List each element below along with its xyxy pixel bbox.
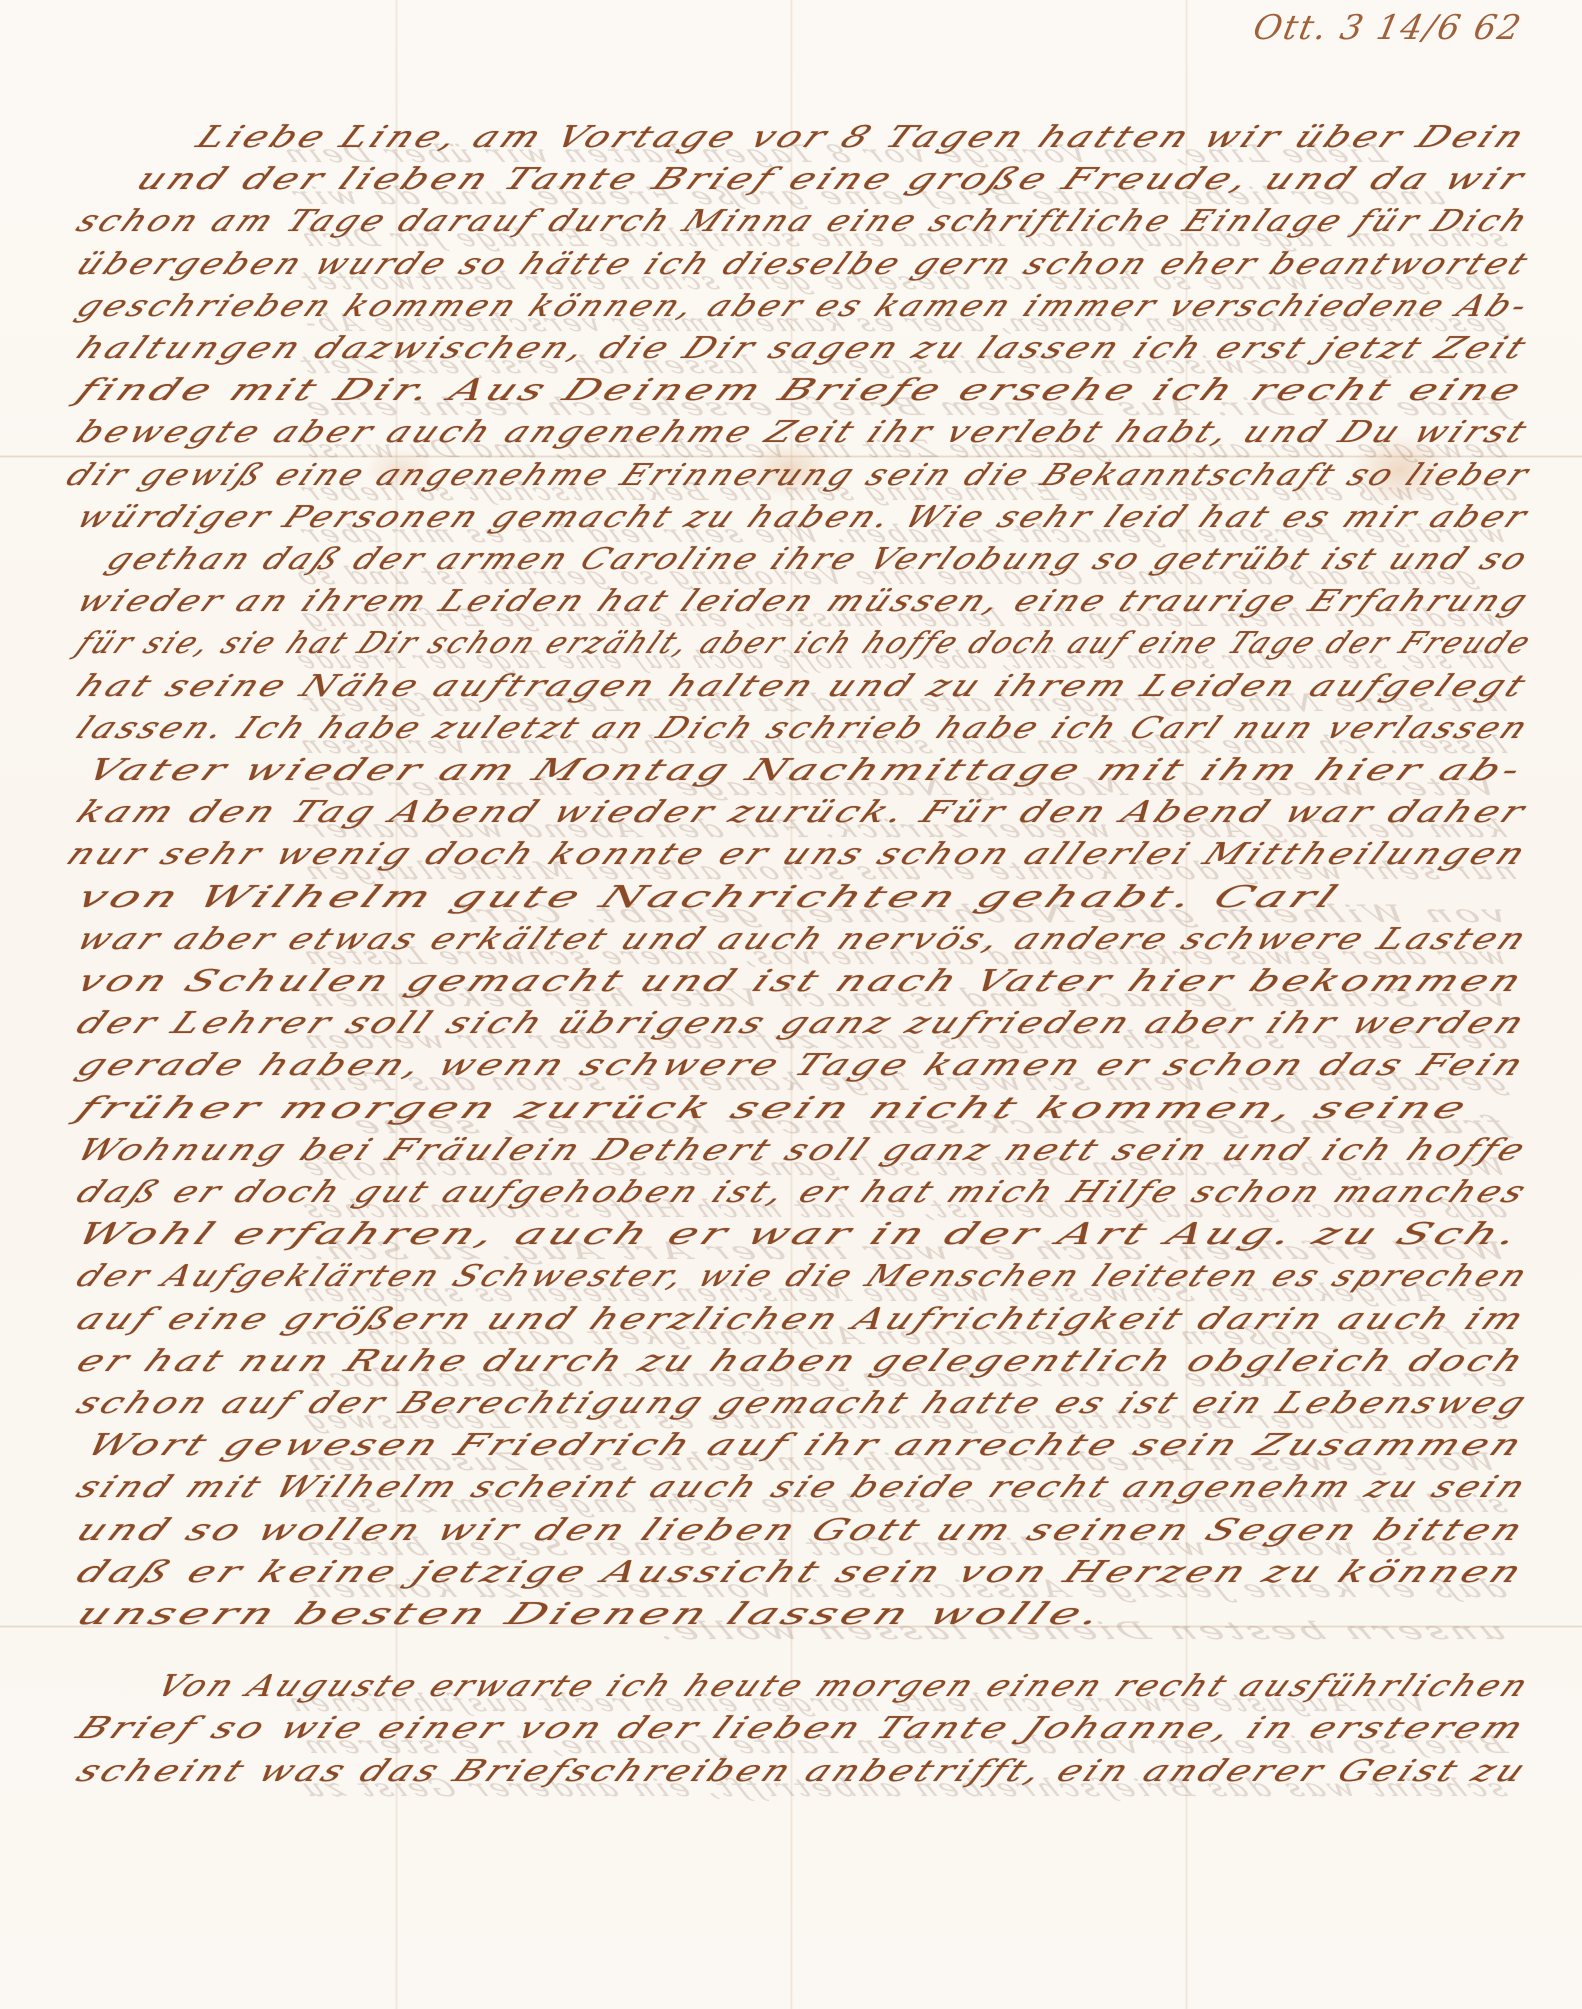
handwritten-line: von Schulen gemacht und ist nach Vater h…	[70, 964, 1532, 999]
handwritten-line: scheint was das Briefschreiben anbetriff…	[70, 1754, 1535, 1789]
handwritten-line: übergeben wurde so hätte ich dieselbe ge…	[70, 247, 1537, 282]
handwritten-line: haltungen dazwischen, die Dir sagen zu l…	[70, 331, 1536, 366]
handwritten-line: Wort gewesen Friedrich auf ihr anrechte …	[80, 1428, 1532, 1463]
handwritten-line: hat seine Nähe auftragen halten und zu i…	[70, 669, 1535, 704]
handwritten-line: Wohnung bei Fräulein Dethert soll ganz n…	[70, 1133, 1535, 1168]
handwritten-line: der Aufgeklärten Schwester, wie die Mens…	[70, 1259, 1537, 1294]
handwritten-line: unsern besten Dienen lassen wolle.	[70, 1597, 1113, 1632]
date-annotation: Ott. 3 14/6 62	[1250, 8, 1526, 48]
handwritten-line: kam den Tag Abend wieder zurück. Für den…	[70, 795, 1535, 830]
handwritten-line: früher morgen zurück sein nicht kommen, …	[70, 1091, 1477, 1126]
handwritten-line: schon auf der Berechtigung gemacht hatte…	[70, 1386, 1536, 1421]
handwritten-line: finde mit Dir. Aus Deinem Briefe ersehe …	[70, 373, 1532, 408]
handwritten-line: von Wilhelm gute Nachrichten gehabt. Car…	[70, 880, 1348, 915]
handwritten-line: sind mit Wilhelm scheint auch sie beide …	[70, 1470, 1535, 1505]
letter-page: Liebe Line, am Vortage vor 8 Tagen hatte…	[0, 0, 1582, 2009]
handwritten-line: geschrieben kommen können, aber es kamen…	[70, 289, 1538, 324]
handwritten-line: schon am Tage darauf durch Minna eine sc…	[70, 204, 1538, 239]
handwritten-line: nur sehr wenig doch konnte er uns schon …	[60, 837, 1535, 872]
handwritten-line: der Lehrer soll sich übrigens ganz zufri…	[70, 1006, 1535, 1041]
handwritten-line: für sie, sie hat Dir schon erzählt, aber…	[70, 626, 1540, 661]
handwritten-line: Liebe Line, am Vortage vor 8 Tagen hatte…	[190, 120, 1534, 155]
handwritten-line: war aber etwas erkältet und auch nervös,…	[70, 922, 1536, 957]
handwritten-line: dir gewiß eine angenehme Erinnerung sein…	[60, 458, 1538, 493]
handwritten-line: und so wollen wir den lieben Gott um sei…	[70, 1513, 1533, 1548]
handwritten-line: gerade haben, wenn schwere Tage kamen er…	[70, 1048, 1534, 1083]
handwritten-line: auf eine größern und herzlichen Aufricht…	[70, 1302, 1534, 1337]
handwritten-line: Von Auguste erwarte ich heute morgen ein…	[150, 1669, 1538, 1704]
handwritten-line: er hat nun Ruhe durch zu haben gelegentl…	[70, 1344, 1534, 1379]
handwritten-line: daß er doch gut aufgehoben ist, er hat m…	[70, 1175, 1536, 1210]
handwritten-line: daß er keine jetzige Aussicht sein von H…	[70, 1555, 1532, 1590]
handwritten-line: gethan daß der armen Caroline ihre Verlo…	[100, 542, 1537, 577]
handwritten-line: bewegte aber auch angenehme Zeit ihr ver…	[70, 415, 1536, 450]
handwritten-line: Wohl erfahren, auch er war in der Art Au…	[70, 1217, 1530, 1252]
handwritten-line: und der lieben Tante Brief eine große Fr…	[130, 162, 1534, 197]
handwritten-line: Vater wieder am Montag Nachmittage mit i…	[80, 753, 1532, 788]
handwritten-line: lassen. Ich habe zuletzt an Dich schrieb…	[70, 711, 1537, 746]
handwritten-line: wieder an ihrem Leiden hat leiden müssen…	[70, 584, 1537, 619]
handwritten-line: Brief so wie einer von der lieben Tante …	[70, 1711, 1534, 1746]
handwritten-line: würdiger Personen gemacht zu haben. Wie …	[70, 500, 1536, 535]
